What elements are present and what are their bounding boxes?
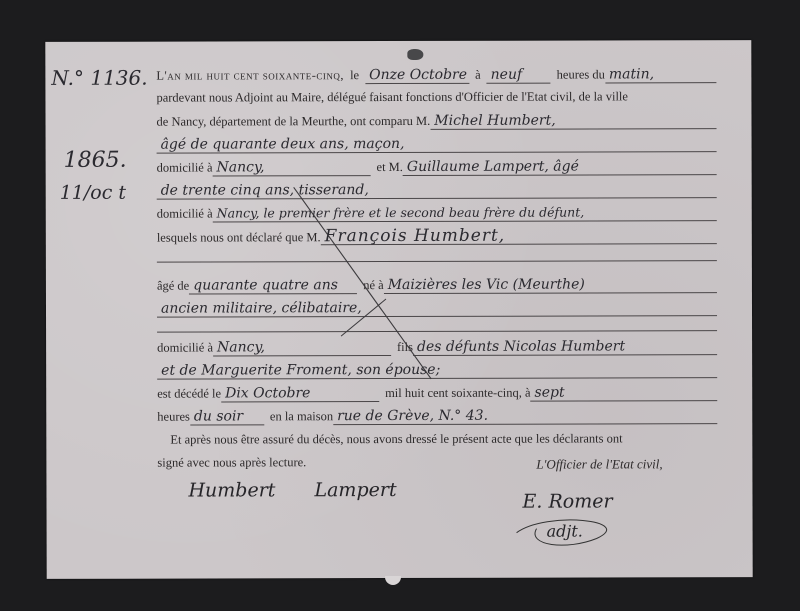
- certificate-paper: N.° 1136. 1865. 11/oc t L'an mil huit ce…: [45, 40, 752, 579]
- paper-tear: [385, 576, 401, 585]
- flourish-icon: [517, 520, 607, 545]
- cancellation-cross-strokes: [45, 40, 752, 579]
